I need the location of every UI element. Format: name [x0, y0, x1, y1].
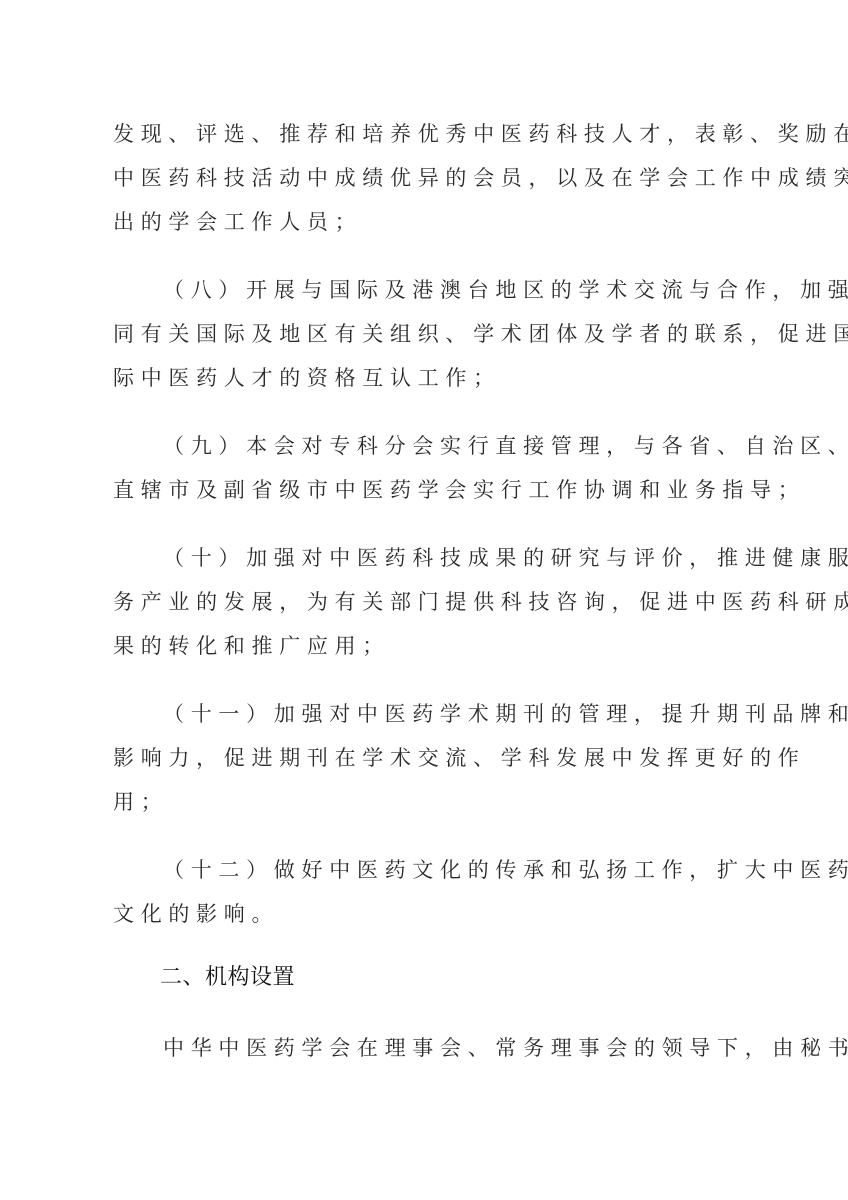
- text-line: （十一）加强对中医药学术期刊的管理，提升期刊品牌和: [113, 692, 735, 736]
- text-line: （十二）做好中医药文化的传承和弘扬工作，扩大中医药: [113, 848, 735, 892]
- text-line: 务产业的发展，为有关部门提供科技咨询，促进中医药科研成: [113, 580, 735, 624]
- text-line: （九）本会对专科分会实行直接管理，与各省、自治区、: [113, 424, 735, 468]
- text-line: 同有关国际及地区有关组织、学术团体及学者的联系，促进国: [113, 312, 735, 356]
- text-line: 影响力，促进期刊在学术交流、学科发展中发挥更好的作: [113, 736, 735, 780]
- section-heading: 二、机构设置: [113, 960, 735, 996]
- text-line: 中华中医药学会在理事会、常务理事会的领导下，由秘书: [113, 1026, 735, 1070]
- document-page: 发现、评选、推荐和培养优秀中医药科技人才，表彰、奖励在 中医药科技活动中成绩优异…: [0, 0, 848, 1200]
- text-line: 文化的影响。: [113, 892, 735, 936]
- paragraph-item-12: （十二）做好中医药文化的传承和弘扬工作，扩大中医药 文化的影响。: [113, 848, 735, 936]
- text-line: （八）开展与国际及港澳台地区的学术交流与合作，加强: [113, 268, 735, 312]
- text-line: 用；: [113, 780, 735, 824]
- document-body: 发现、评选、推荐和培养优秀中医药科技人才，表彰、奖励在 中医药科技活动中成绩优异…: [113, 112, 735, 1094]
- paragraph-item-8: （八）开展与国际及港澳台地区的学术交流与合作，加强 同有关国际及地区有关组织、学…: [113, 268, 735, 400]
- paragraph-item-10: （十）加强对中医药科技成果的研究与评价，推进健康服 务产业的发展，为有关部门提供…: [113, 536, 735, 668]
- text-line: 出的学会工作人员；: [113, 200, 735, 244]
- text-line: 发现、评选、推荐和培养优秀中医药科技人才，表彰、奖励在: [113, 112, 735, 156]
- paragraph-item-9: （九）本会对专科分会实行直接管理，与各省、自治区、 直辖市及副省级市中医药学会实…: [113, 424, 735, 512]
- paragraph-org-intro: 中华中医药学会在理事会、常务理事会的领导下，由秘书: [113, 1026, 735, 1070]
- text-line: 果的转化和推广应用；: [113, 624, 735, 668]
- paragraph-item-11: （十一）加强对中医药学术期刊的管理，提升期刊品牌和 影响力，促进期刊在学术交流、…: [113, 692, 735, 824]
- paragraph-continuation: 发现、评选、推荐和培养优秀中医药科技人才，表彰、奖励在 中医药科技活动中成绩优异…: [113, 112, 735, 244]
- text-line: 直辖市及副省级市中医药学会实行工作协调和业务指导；: [113, 468, 735, 512]
- text-line: 际中医药人才的资格互认工作；: [113, 356, 735, 400]
- text-line: （十）加强对中医药科技成果的研究与评价，推进健康服: [113, 536, 735, 580]
- text-line: 中医药科技活动中成绩优异的会员，以及在学会工作中成绩突: [113, 156, 735, 200]
